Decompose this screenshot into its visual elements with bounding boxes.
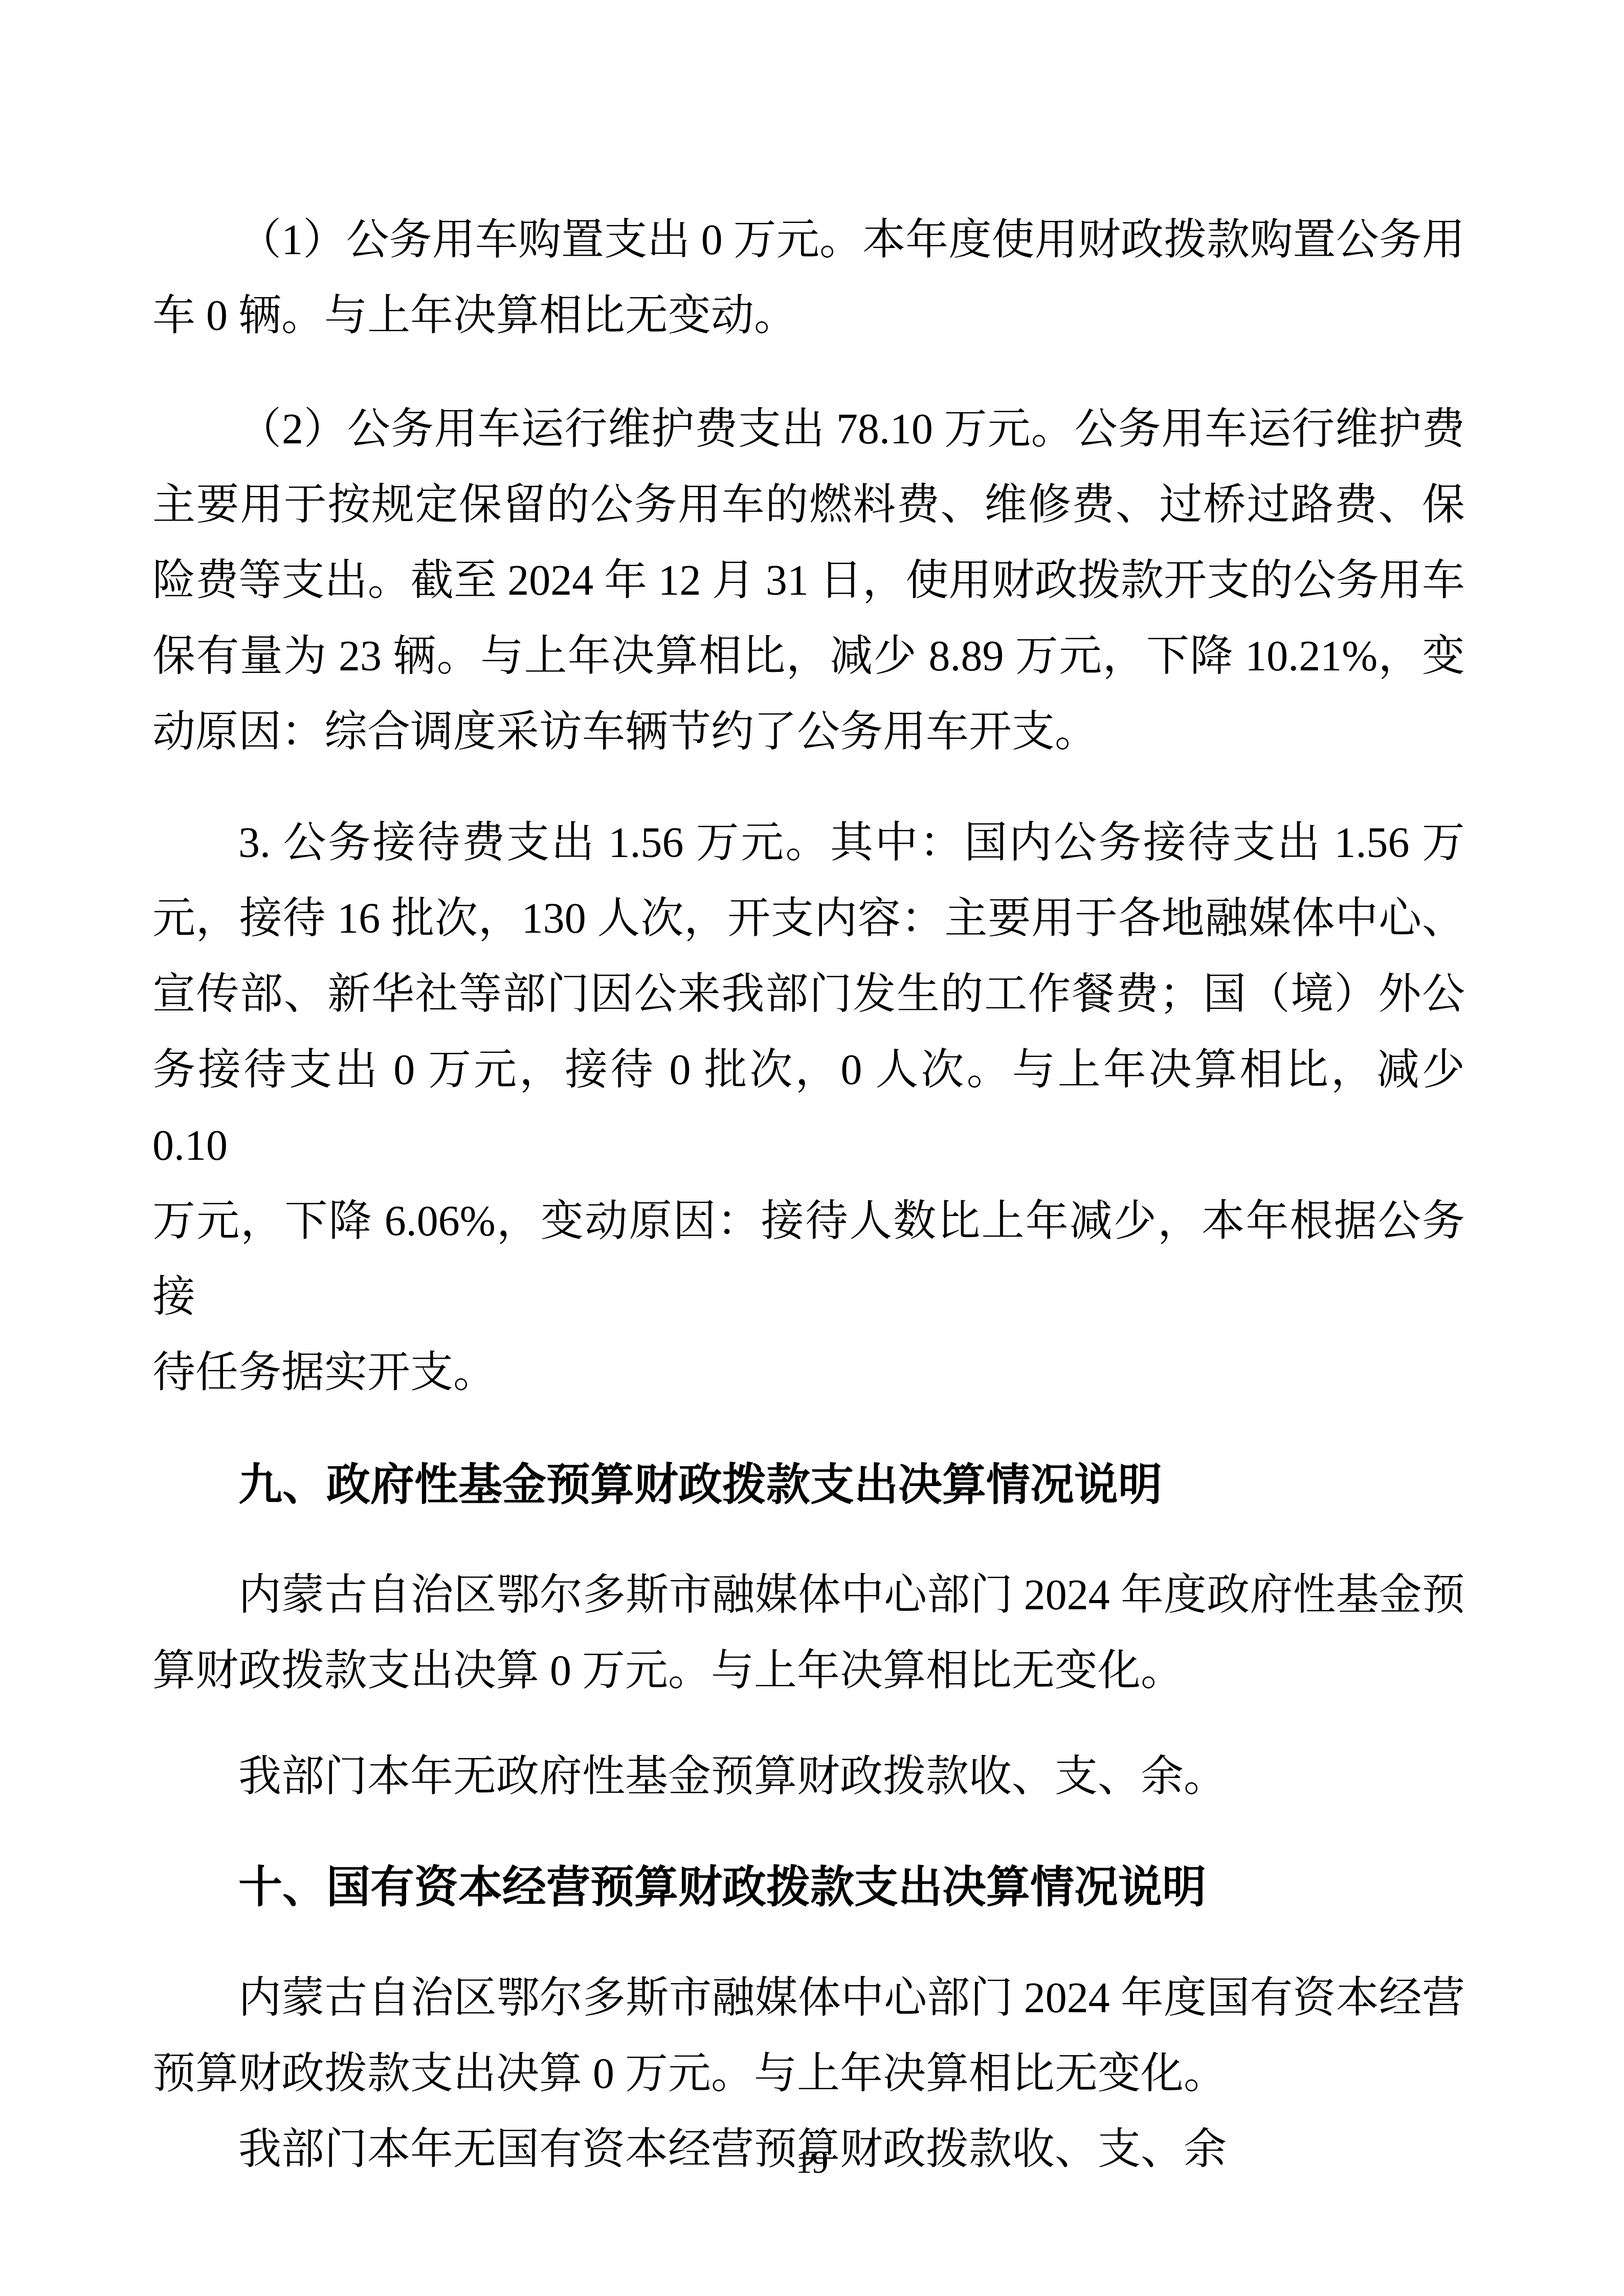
paragraph: （1）公务用车购置支出 0 万元。本年度使用财政拨款购置公务用 车 0 辆。与上… <box>152 202 1465 354</box>
text-line: 险费等支出。截至 2024 年 12 月 31 日，使用财政拨款开支的公务用车 <box>152 543 1465 619</box>
text-line: （1）公务用车购置支出 0 万元。本年度使用财政拨款购置公务用 <box>152 202 1465 278</box>
text-line: 万元，下降 6.06%，变动原因：接待人数比上年减少，本年根据公务接 <box>152 1184 1465 1335</box>
text-line: 我部门本年无政府性基金预算财政拨款收、支、余。 <box>152 1739 1465 1815</box>
text-line: 预算财政拨款支出决算 0 万元。与上年决算相比无变化。 <box>152 2036 1465 2112</box>
page-number: 19 <box>0 2146 1624 2178</box>
text-line: 务接待支出 0 万元，接待 0 批次，0 人次。与上年决算相比，减少 0.10 <box>152 1032 1465 1184</box>
paragraph: （2）公务用车运行维护费支出 78.10 万元。公务用车运行维护费 主要用于按规… <box>152 392 1465 770</box>
text-line: 动原因：综合调度采访车辆节约了公务用车开支。 <box>152 694 1465 770</box>
text-line: 车 0 辆。与上年决算相比无变动。 <box>152 278 1465 354</box>
section-heading: 十、国有资本经营预算财政拨款支出决算情况说明 <box>152 1850 1465 1925</box>
text-line: 主要用于按规定保留的公务用车的燃料费、维修费、过桥过路费、保 <box>152 467 1465 543</box>
text-line: 3. 公务接待费支出 1.56 万元。其中：国内公务接待支出 1.56 万 <box>152 805 1465 881</box>
paragraph: 3. 公务接待费支出 1.56 万元。其中：国内公务接待支出 1.56 万 元，… <box>152 805 1465 1411</box>
text-line: 待任务据实开支。 <box>152 1335 1465 1411</box>
paragraph: 内蒙古自治区鄂尔多斯市融媒体中心部门 2024 年度国有资本经营 预算财政拨款支… <box>152 1961 1465 2112</box>
text-line: 宣传部、新华社等部门因公来我部门发生的工作餐费；国（境）外公 <box>152 957 1465 1032</box>
section-heading: 九、政府性基金预算财政拨款支出决算情况说明 <box>152 1447 1465 1523</box>
document-page: （1）公务用车购置支出 0 万元。本年度使用财政拨款购置公务用 车 0 辆。与上… <box>0 0 1624 2296</box>
page-content: （1）公务用车购置支出 0 万元。本年度使用财政拨款购置公务用 车 0 辆。与上… <box>152 202 1465 2188</box>
text-line: 内蒙古自治区鄂尔多斯市融媒体中心部门 2024 年度国有资本经营 <box>152 1961 1465 2036</box>
text-line: 元，接待 16 批次，130 人次，开支内容：主要用于各地融媒体中心、 <box>152 881 1465 957</box>
text-line: 保有量为 23 辆。与上年决算相比，减少 8.89 万元，下降 10.21%，变 <box>152 619 1465 694</box>
text-line: （2）公务用车运行维护费支出 78.10 万元。公务用车运行维护费 <box>152 392 1465 467</box>
text-line: 算财政拨款支出决算 0 万元。与上年决算相比无变化。 <box>152 1633 1465 1709</box>
paragraph: 我部门本年无政府性基金预算财政拨款收、支、余。 <box>152 1739 1465 1815</box>
paragraph: 内蒙古自治区鄂尔多斯市融媒体中心部门 2024 年度政府性基金预 算财政拨款支出… <box>152 1558 1465 1709</box>
text-line: 内蒙古自治区鄂尔多斯市融媒体中心部门 2024 年度政府性基金预 <box>152 1558 1465 1633</box>
